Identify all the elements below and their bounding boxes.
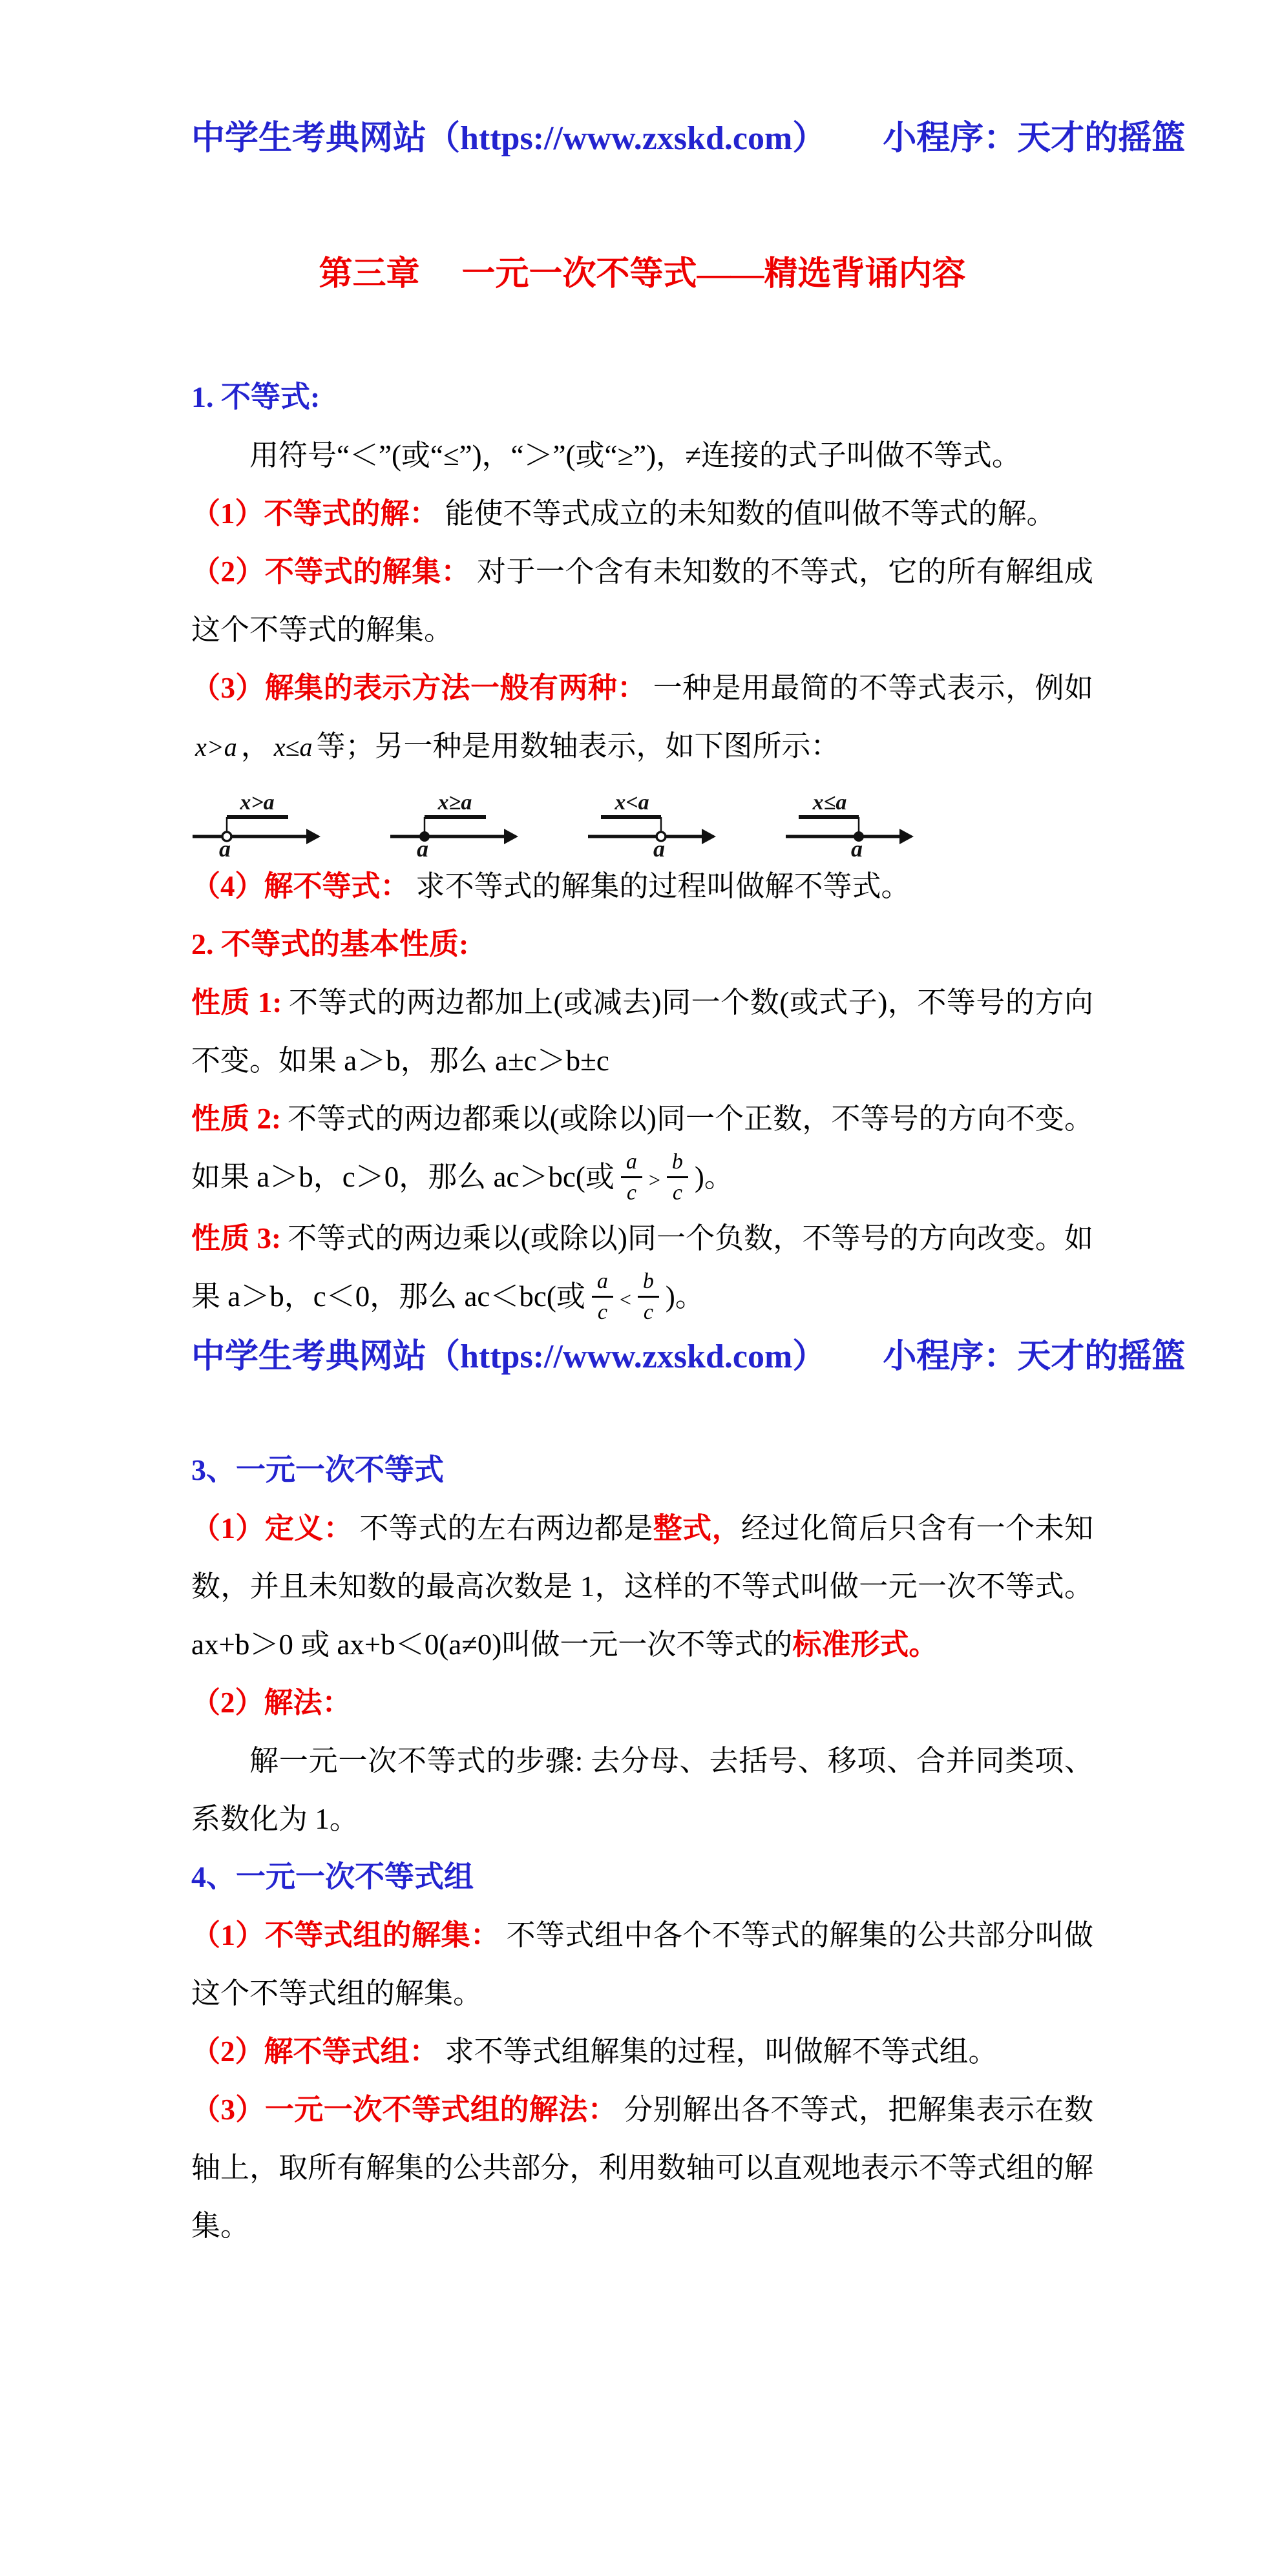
s4-item1-lead: （1）不等式组的解集： xyxy=(191,1919,499,1951)
point-label: a xyxy=(219,836,231,857)
axis-arrowhead-icon xyxy=(899,829,914,844)
s2-property2-lead: 性质 2: xyxy=(191,1103,281,1135)
s4-item2-text: 求不等式组解集的过程，叫做解不等式组。 xyxy=(445,2035,998,2068)
s1-item1: （1）不等式的解：能使不等式成立的未知数的值叫做不等式的解。 xyxy=(191,484,1093,543)
s1-item1-lead: （1）不等式的解： xyxy=(191,497,439,530)
s2-property3-tail: )。 xyxy=(666,1280,704,1313)
numberline-label: x>a xyxy=(239,793,274,815)
point-label: a xyxy=(417,836,428,857)
s2-property2-text: 不等式的两边都乘以(或除以)同一个正数，不等号的方向不变。如果 a＞b，c＞0，… xyxy=(191,1103,1093,1193)
fraction-denominator: c xyxy=(638,1298,659,1325)
site-link[interactable]: 中学生考典网站（https://www.zxskd.com） xyxy=(191,1338,826,1375)
fraction-a-over-c: ac xyxy=(592,1269,613,1325)
s1-item2-lead: （2）不等式的解集： xyxy=(191,556,470,588)
numberline-diagram-x-ge-a: x≥a a xyxy=(389,793,518,857)
s3-definition-text1: 不等式的左右两边都是 xyxy=(359,1512,653,1544)
fraction-denominator: c xyxy=(667,1178,688,1205)
s1-intro-text: 用符号“＜”(或“≤”)，“＞”(或“≥”)，≠连接的式子叫做不等式。 xyxy=(249,439,1021,472)
section-4-heading: 4、一元一次不等式组 xyxy=(191,1848,1093,1906)
s4-item2-lead: （2）解不等式组： xyxy=(191,2035,439,2068)
fraction-numerator: b xyxy=(638,1269,659,1298)
numberline-diagram-row: x>a a x≥a a x<a xyxy=(191,793,1093,857)
s2-property1-text: 不等式的两边都加上(或减去)同一个数(或式子)，不等号的方向不变。如果 a＞b，… xyxy=(191,986,1093,1077)
s1-item3-lead: （3）解集的表示方法一般有两种： xyxy=(191,672,647,704)
s3-highlight-standard-form: 标准形式。 xyxy=(792,1628,938,1661)
fraction-b-over-c: bc xyxy=(638,1269,659,1325)
numberline-diagram-x-gt-a: x>a a xyxy=(191,793,320,857)
site-link[interactable]: 中学生考典网站（https://www.zxskd.com） xyxy=(191,120,826,157)
axis-arrowhead-icon xyxy=(306,829,320,844)
s3-method-heading: （2）解法： xyxy=(191,1674,1093,1732)
s4-item1: （1）不等式组的解集：不等式组中各个不等式的解集的公共部分叫做这个不等式组的解集… xyxy=(191,1906,1093,2022)
s1-item3-text1: 一种是用最简的不等式表示，例如 xyxy=(653,672,1093,704)
s3-highlight-zhengshi: 整式， xyxy=(653,1512,741,1544)
s2-property1-lead: 性质 1: xyxy=(191,986,282,1019)
s1-item4-lead: （4）解不等式： xyxy=(191,870,410,902)
s1-intro-paragraph: 用符号“＜”(或“≤”)，“＞”(或“≥”)，≠连接的式子叫做不等式。 xyxy=(191,426,1093,484)
point-label: a xyxy=(653,836,665,857)
numberline-diagram-x-le-a: x≤a a xyxy=(784,793,914,857)
s1-item3: （3）解集的表示方法一般有两种：一种是用最简的不等式表示，例如x>a，x≤a等；… xyxy=(191,659,1093,776)
inline-math-x-gt-a: x>a xyxy=(191,732,241,762)
s2-property3-lead: 性质 3: xyxy=(191,1222,281,1254)
fraction-denominator: c xyxy=(592,1298,613,1325)
mini-program-label: 小程序：天才的摇篮 xyxy=(883,120,1185,157)
fraction-b-over-c: bc xyxy=(667,1149,688,1205)
s3-definition-lead: （1）定义： xyxy=(191,1512,353,1544)
axis-arrowhead-icon xyxy=(504,829,518,844)
document-page: 中学生考典网站（https://www.zxskd.com）小程序：天才的摇篮 … xyxy=(0,0,1282,2576)
s4-item3-lead: （3）一元一次不等式组的解法： xyxy=(191,2093,617,2126)
s3-method-lead: （2）解法： xyxy=(191,1687,352,1719)
section-3-heading: 3、一元一次不等式 xyxy=(191,1441,1093,1499)
s1-item4-text: 求不等式的解集的过程叫做解不等式。 xyxy=(416,870,910,902)
s1-item3-sep: ， xyxy=(241,730,270,762)
fraction-a-over-c: ac xyxy=(621,1149,642,1205)
s1-item1-text: 能使不等式成立的未知数的值叫做不等式的解。 xyxy=(445,497,1056,530)
s2-property2-tail: )。 xyxy=(695,1161,733,1193)
s1-item2: （2）不等式的解集：对于一个含有未知数的不等式，它的所有解组成这个不等式的解集。 xyxy=(191,543,1093,659)
point-label: a xyxy=(851,836,863,857)
s2-property3: 性质 3:不等式的两边乘以(或除以)同一个负数，不等号的方向改变。如果 a＞b，… xyxy=(191,1209,1093,1329)
numberline-diagram-x-lt-a: x<a a xyxy=(587,793,716,857)
fraction-denominator: c xyxy=(621,1178,642,1205)
section-2-heading: 2. 不等式的基本性质: xyxy=(191,915,1093,973)
s3-definition: （1）定义：不等式的左右两边都是整式，经过化简后只含有一个未知数，并且未知数的最… xyxy=(191,1499,1093,1674)
fraction-numerator: b xyxy=(667,1149,688,1178)
s4-item2: （2）解不等式组：求不等式组解集的过程，叫做解不等式组。 xyxy=(191,2022,1093,2081)
site-header-repeat: 中学生考典网站（https://www.zxskd.com）小程序：天才的摇篮 xyxy=(191,1328,1093,1386)
numberline-label: x≥a xyxy=(437,793,472,815)
inline-math-x-le-a: x≤a xyxy=(270,732,317,762)
s4-item3: （3）一元一次不等式组的解法：分别解出各不等式，把解集表示在数轴上，取所有解集的… xyxy=(191,2081,1093,2255)
s3-method-text: 解一元一次不等式的步骤: 去分母、去括号、移项、合并同类项、系数化为 1。 xyxy=(191,1745,1093,1835)
s1-item3-text2: 等；另一种是用数轴表示，如下图所示： xyxy=(316,730,839,762)
fraction-numerator: a xyxy=(592,1269,613,1298)
s2-property1: 性质 1:不等式的两边都加上(或减去)同一个数(或式子)，不等号的方向不变。如果… xyxy=(191,973,1093,1090)
s3-method-steps: 解一元一次不等式的步骤: 去分母、去括号、移项、合并同类项、系数化为 1。 xyxy=(191,1732,1093,1848)
section-1-heading: 1. 不等式: xyxy=(191,368,1093,426)
relation-sign: < xyxy=(620,1287,631,1311)
s2-property2: 性质 2:不等式的两边都乘以(或除以)同一个正数，不等号的方向不变。如果 a＞b… xyxy=(191,1090,1093,1209)
numberline-label: x<a xyxy=(614,793,649,815)
fraction-numerator: a xyxy=(621,1149,642,1178)
site-header: 中学生考典网站（https://www.zxskd.com）小程序：天才的摇篮 xyxy=(191,110,1093,168)
page-content: 中学生考典网站（https://www.zxskd.com）小程序：天才的摇篮 … xyxy=(0,0,1282,2255)
s1-item4: （4）解不等式：求不等式的解集的过程叫做解不等式。 xyxy=(191,857,1093,915)
relation-sign: > xyxy=(649,1169,660,1192)
page-title: 第三章 一元一次不等式——精选背诵内容 xyxy=(191,245,1093,304)
numberline-label: x≤a xyxy=(812,793,847,815)
axis-arrowhead-icon xyxy=(702,829,716,844)
mini-program-label: 小程序：天才的摇篮 xyxy=(883,1338,1185,1375)
